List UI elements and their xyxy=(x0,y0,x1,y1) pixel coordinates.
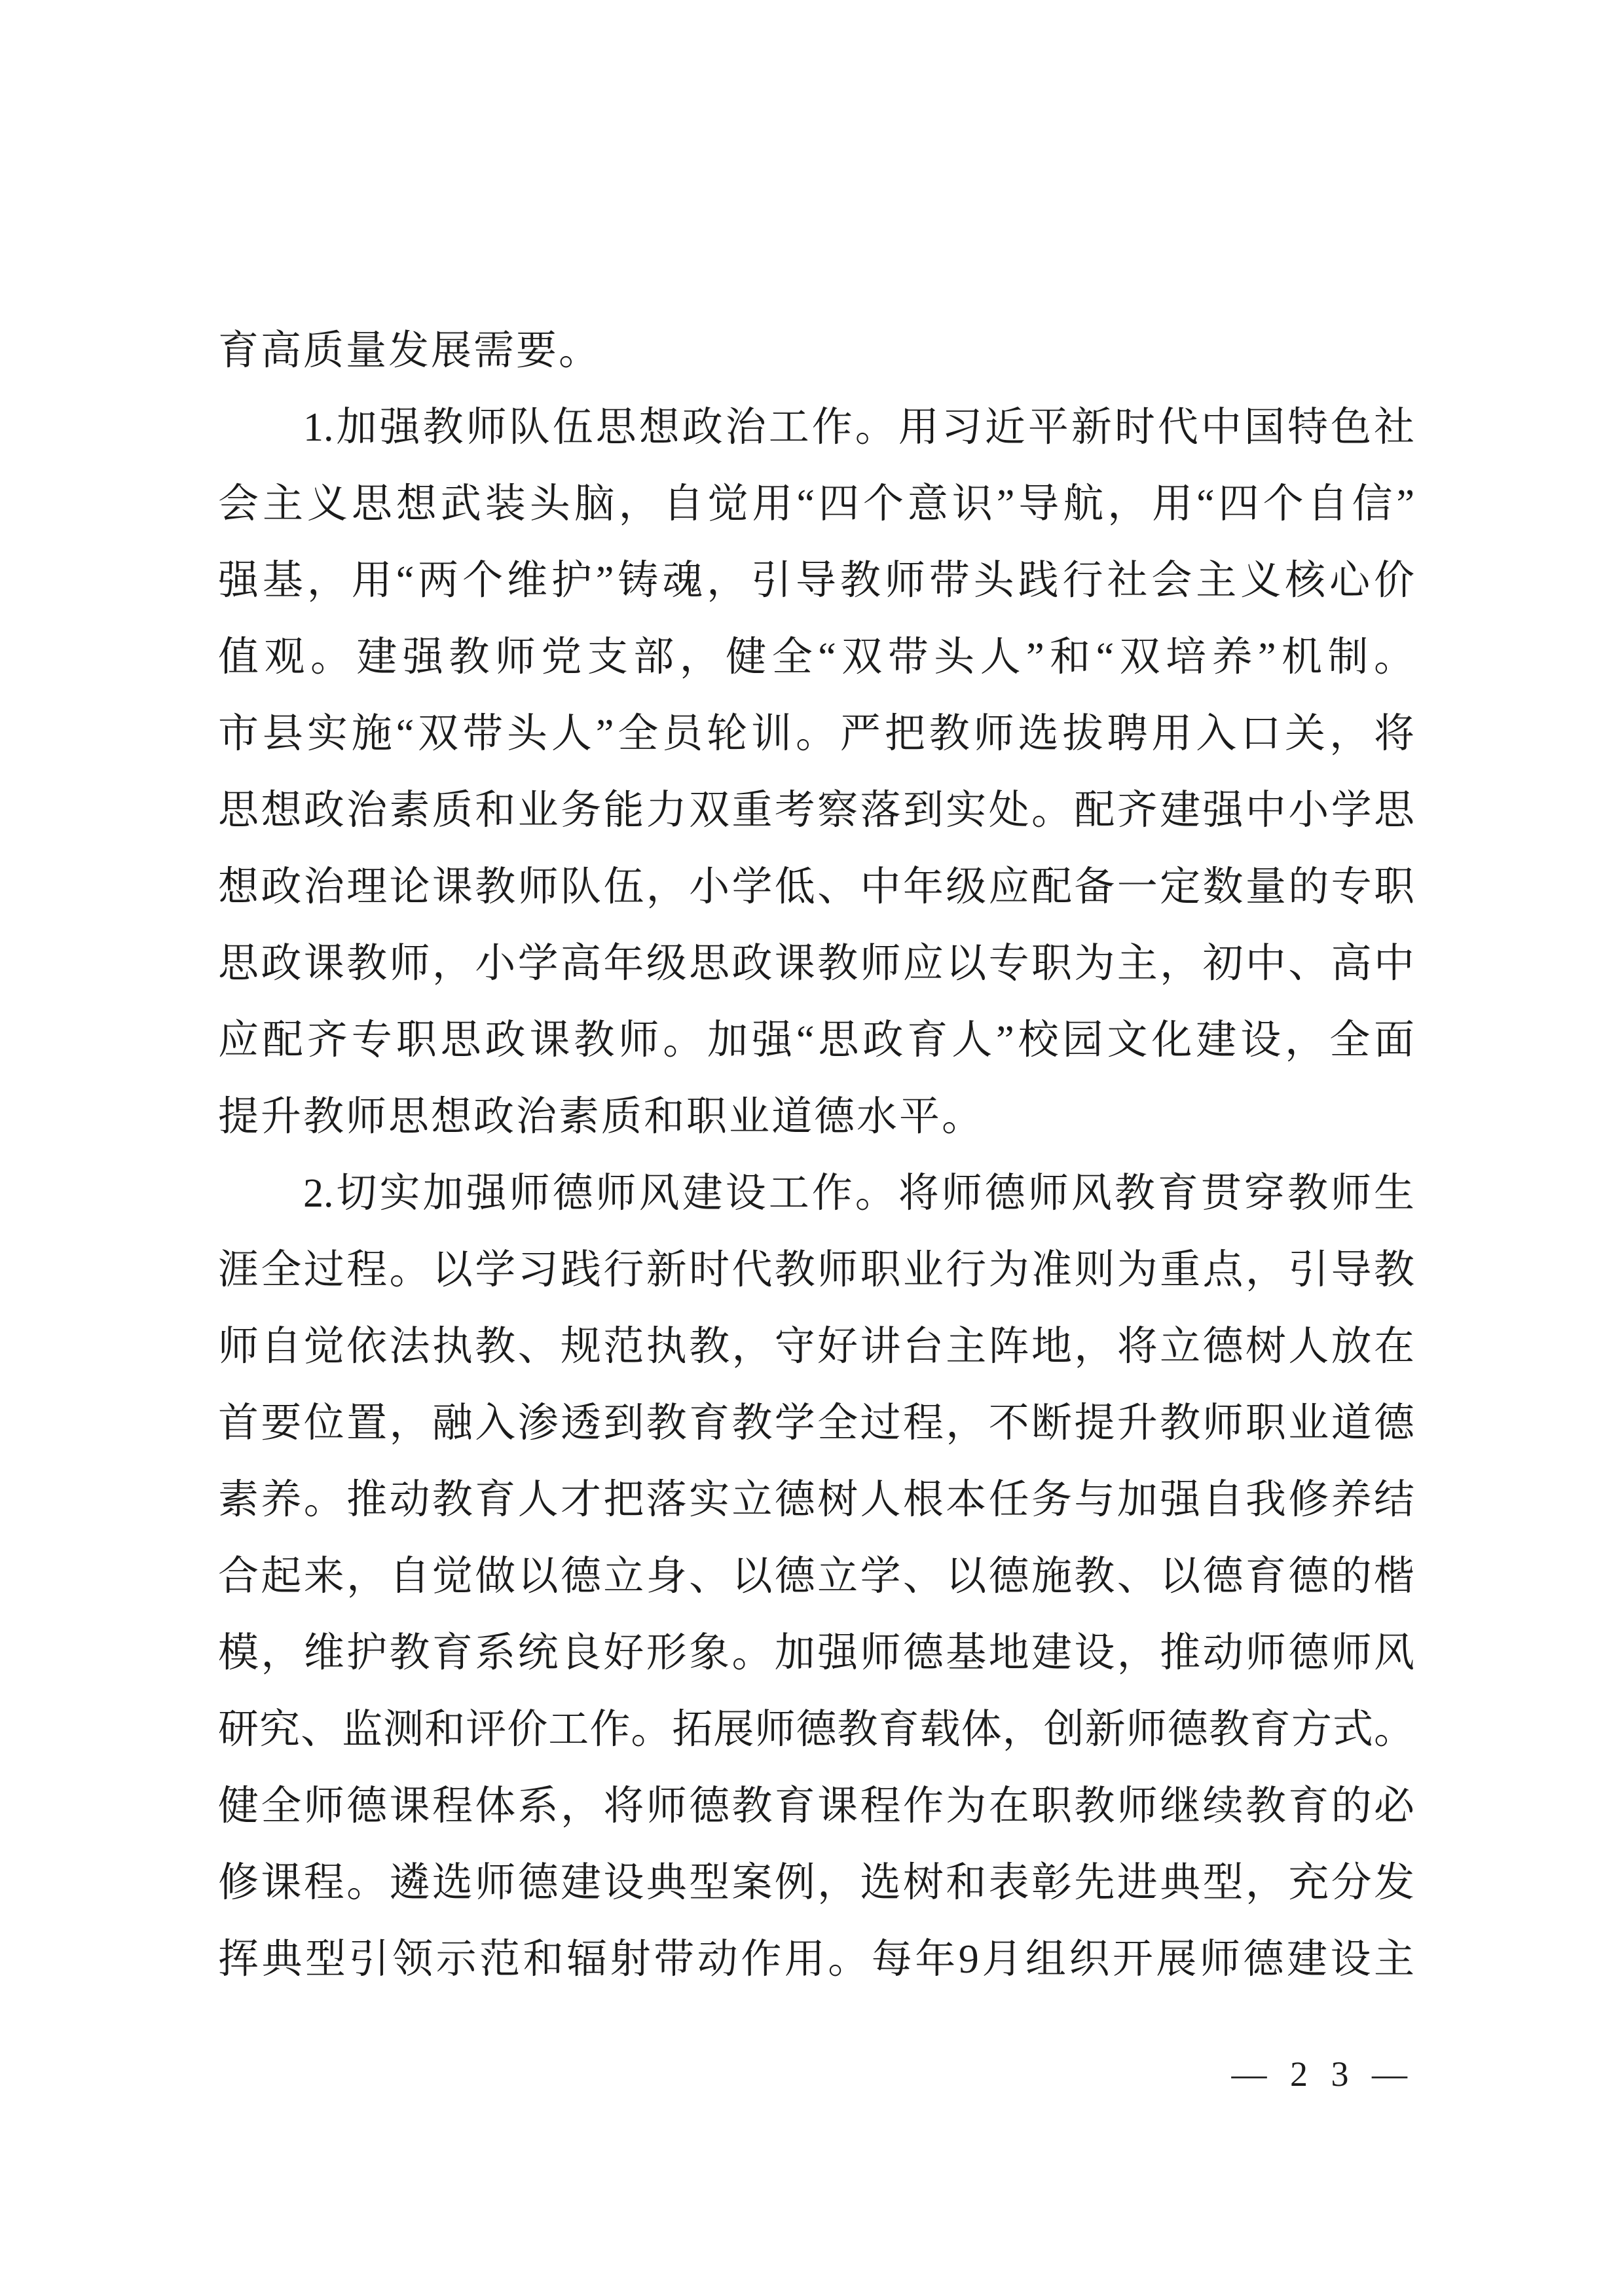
text-line: 首要位置，融入渗透到教育教学全过程，不断提升教师职业道德 xyxy=(218,1385,1414,1462)
text-line: 提升教师思想政治素质和职业道德水平。 xyxy=(218,1079,1414,1156)
document-page: 育高质量发展需要。 1.加强教师队伍思想政治工作。用习近平新时代中国特色社 会主… xyxy=(0,0,1624,2296)
text-line: 强基，用“两个维护”铸魂，引导教师带头践行社会主义核心价 xyxy=(218,543,1414,619)
text-line: 模，维护教育系统良好形象。加强师德基地建设，推动师德师风 xyxy=(218,1615,1414,1692)
text-line: 市县实施“双带头人”全员轮训。严把教师选拔聘用入口关，将 xyxy=(218,696,1414,773)
text-line: 合起来，自觉做以德立身、以德立学、以德施教、以德育德的楷 xyxy=(218,1539,1414,1615)
text-line: 素养。推动教育人才把落实立德树人根本任务与加强自我修养结 xyxy=(218,1462,1414,1539)
text-line: 师自觉依法执教、规范执教，守好讲台主阵地，将立德树人放在 xyxy=(218,1309,1414,1385)
text-line: 想政治理论课教师队伍，小学低、中年级应配备一定数量的专职 xyxy=(218,849,1414,926)
text-line: 思想政治素质和业务能力双重考察落到实处。配齐建强中小学思 xyxy=(218,773,1414,849)
text-line: 研究、监测和评价工作。拓展师德教育载体，创新师德教育方式。 xyxy=(218,1692,1414,1768)
document-body: 育高质量发展需要。 1.加强教师队伍思想政治工作。用习近平新时代中国特色社 会主… xyxy=(218,313,1414,1998)
text-line: 修课程。遴选师德建设典型案例，选树和表彰先进典型，充分发 xyxy=(218,1845,1414,1922)
text-line: 健全师德课程体系，将师德教育课程作为在职教师继续教育的必 xyxy=(218,1768,1414,1845)
text-line: 应配齐专职思政课教师。加强“思政育人”校园文化建设，全面 xyxy=(218,1002,1414,1079)
text-line: 挥典型引领示范和辐射带动作用。每年9月组织开展师德建设主 xyxy=(218,1922,1414,1998)
text-line: 思政课教师，小学高年级思政课教师应以专职为主，初中、高中 xyxy=(218,926,1414,1002)
text-line: 育高质量发展需要。 xyxy=(218,313,1414,390)
text-line: 值观。建强教师党支部，健全“双带头人”和“双培养”机制。 xyxy=(218,619,1414,696)
text-line: 1.加强教师队伍思想政治工作。用习近平新时代中国特色社 xyxy=(218,390,1414,466)
page-number: — 2 3 — xyxy=(1232,2051,1415,2097)
text-line: 会主义思想武装头脑，自觉用“四个意识”导航，用“四个自信” xyxy=(218,466,1414,543)
text-line: 2.切实加强师德师风建设工作。将师德师风教育贯穿教师生 xyxy=(218,1156,1414,1232)
text-line: 涯全过程。以学习践行新时代教师职业行为准则为重点，引导教 xyxy=(218,1232,1414,1309)
